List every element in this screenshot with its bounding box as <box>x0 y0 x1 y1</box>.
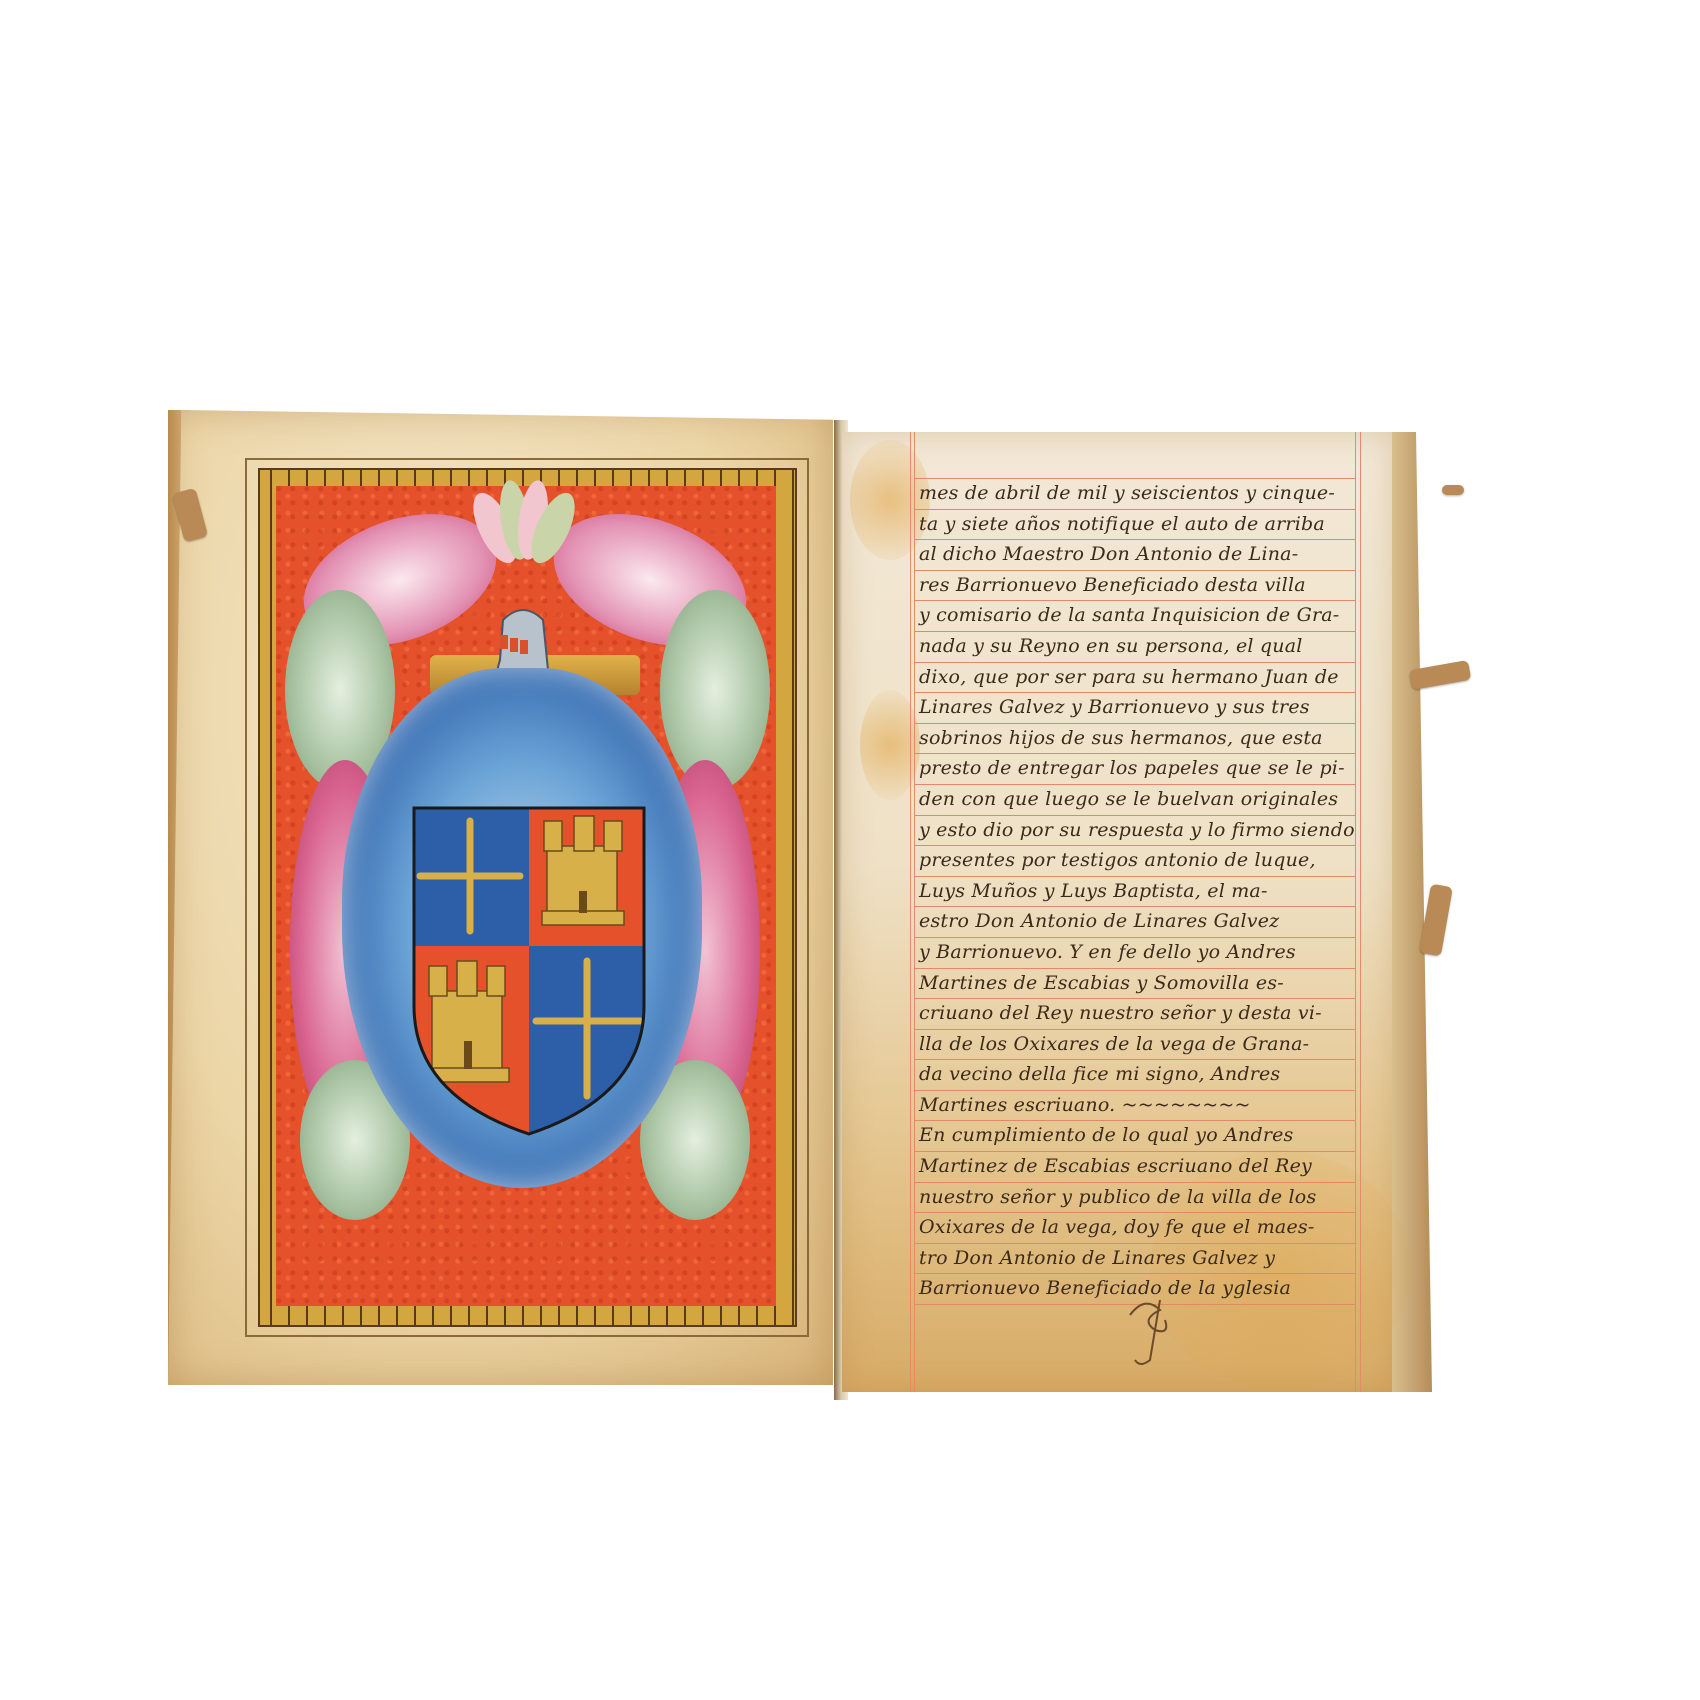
text-line: Martines de Escabias y Somovilla es- <box>915 969 1355 1000</box>
text-line: Linares Galvez y Barrionuevo y sus tres <box>915 693 1355 724</box>
mantling-green-right <box>660 590 770 790</box>
coat-of-arms-shield <box>412 806 646 1136</box>
open-manuscript: mes de abril de mil y seiscientos y cinq… <box>0 0 1700 1700</box>
text-line: ta y siete años notifique el auto de arr… <box>915 510 1355 541</box>
text-line: En cumplimiento de lo qual yo Andres <box>915 1121 1355 1152</box>
text-line: estro Don Antonio de Linares Galvez <box>915 907 1355 938</box>
text-line: lla de los Oxixares de la vega de Grana- <box>915 1030 1355 1061</box>
margin-rule <box>1355 432 1356 1392</box>
text-line: dixo, que por ser para su hermano Juan d… <box>915 663 1355 694</box>
text-line: sobrinos hijos de sus hermanos, que esta <box>915 724 1355 755</box>
text-line: den con que luego se le buelvan original… <box>915 785 1355 816</box>
text-line: presentes por testigos antonio de luque, <box>915 846 1355 877</box>
text-line: presto de entregar los papeles que se le… <box>915 754 1355 785</box>
text-line: y Barrionuevo. Y en fe dello yo Andres <box>915 938 1355 969</box>
notary-rubric-icon <box>1120 1290 1190 1370</box>
text-line: nada y su Reyno en su persona, el qual <box>915 632 1355 663</box>
water-stain <box>860 690 920 800</box>
text-line: mes de abril de mil y seiscientos y cinq… <box>915 478 1355 510</box>
leather-tie-right-bottom <box>1419 884 1453 957</box>
text-line: res Barrionuevo Beneficiado desta villa <box>915 571 1355 602</box>
text-line: nuestro señor y publico de la villa de l… <box>915 1183 1355 1214</box>
text-line: y esto dio por su respuesta y lo firmo s… <box>915 816 1355 847</box>
text-line: tro Don Antonio de Linares Galvez y <box>915 1244 1355 1275</box>
text-line: Luys Muños y Luys Baptista, el ma- <box>915 877 1355 908</box>
text-line: criuano del Rey nuestro señor y desta vi… <box>915 999 1355 1030</box>
text-line: Martinez de Escabias escriuano del Rey <box>915 1152 1355 1183</box>
text-line: Martines escriuano. ~~~~~~~~ <box>915 1091 1355 1122</box>
text-line: al dicho Maestro Don Antonio de Lina- <box>915 540 1355 571</box>
leather-tie-right-top <box>1442 485 1464 495</box>
text-line: da vecino della fice mi signo, Andres <box>915 1060 1355 1091</box>
text-line: Oxixares de la vega, doy fe que el maes- <box>915 1213 1355 1244</box>
margin-rule <box>910 432 911 1392</box>
manuscript-text: mes de abril de mil y seiscientos y cinq… <box>915 478 1355 1305</box>
text-line: y comisario de la santa Inquisicion de G… <box>915 601 1355 632</box>
feather-plumes-icon <box>465 478 585 568</box>
margin-rule <box>1360 432 1361 1392</box>
